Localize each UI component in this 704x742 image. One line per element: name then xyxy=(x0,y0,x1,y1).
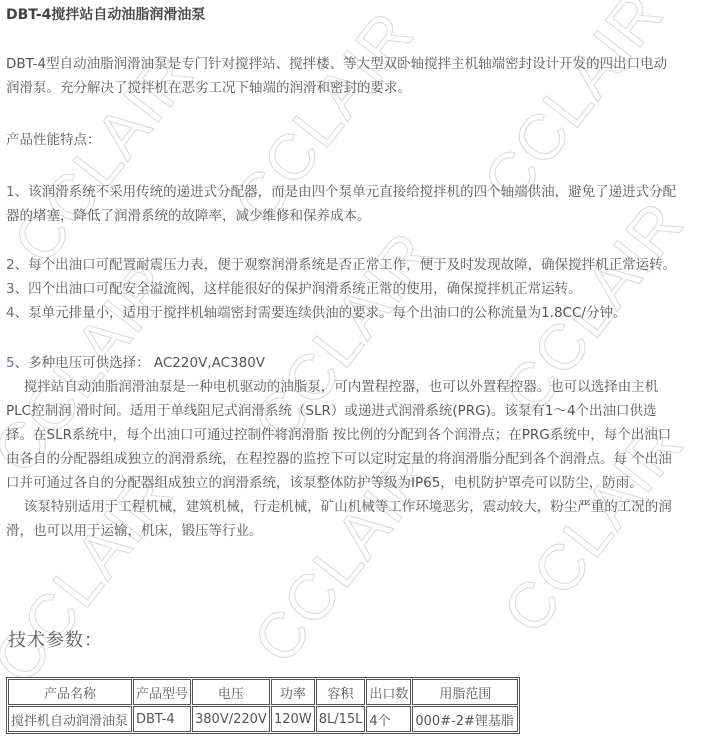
feature-number: 2 xyxy=(6,257,15,273)
feature-number: 5 xyxy=(6,355,15,371)
cell-outlets: 4个 xyxy=(366,706,411,732)
feature-text: 、该润滑系统不采用传统的递进式分配器，而是由四个泵单元直接给搅拌机的四个轴端供油… xyxy=(15,184,677,200)
feature-item: 3、四个出油口可配安全溢流阀，这样能很好的保护润滑系统正常的使用，确保搅拌机正常… xyxy=(6,277,702,301)
cell-name: 搅拌机自动润滑油泵 xyxy=(8,706,132,732)
feature-number: 3 xyxy=(6,281,15,297)
description-line: 择。在SLR系统中，每个出油口可通过控制件将润滑脂 按比例的分配到各个润滑点；在… xyxy=(6,423,702,447)
description-line: 滑，也可以用于运输，机床，锻压等行业。 xyxy=(6,519,702,543)
feature-item: 1、该润滑系统不采用传统的递进式分配器，而是由四个泵单元直接给搅拌机的四个轴端供… xyxy=(6,180,702,204)
feature-number: 4 xyxy=(6,305,15,321)
col-header-voltage: 电压 xyxy=(192,679,270,705)
spec-table: 产品名称 产品型号 电压 功率 容积 出口数 用脂范围 搅拌机自动润滑油泵 DB… xyxy=(6,677,520,734)
intro-line: DBT-4型自动油脂润滑油泵是专门针对搅拌站、搅拌楼、等大型双卧轴搅拌主机轴端密… xyxy=(6,52,702,76)
col-header-volume: 容积 xyxy=(316,679,366,705)
description-line: PLC控制润 滑时间。适用于单线阻尼式润滑系统（SLR）或递进式润滑系统(PRG… xyxy=(6,399,702,423)
feature-text: 、泵单元排量小，适用于搅拌机轴端密封需要连续供油的要求。每个出油口的公称流量为1… xyxy=(15,305,627,321)
col-header-name: 产品名称 xyxy=(8,679,132,705)
features-heading: 产品性能特点： xyxy=(6,128,702,152)
feature-text: 、多种电压可供选择： AC220V,AC380V xyxy=(15,355,265,371)
description-line: 搅拌站自动油脂润滑油泵是一种电机驱动的油脂泵，可内置程控器，也可以外置程控器。也… xyxy=(6,375,702,399)
col-header-outlets: 出口数 xyxy=(366,679,411,705)
feature-text: 、四个出油口可配安全溢流阀，这样能很好的保护润滑系统正常的使用，确保搅拌机正常运… xyxy=(15,281,582,297)
col-header-model: 产品型号 xyxy=(133,679,191,705)
intro-line: 润滑泵。充分解决了搅拌机在恶劣工况下轴端的润滑和密封的要求。 xyxy=(6,76,702,100)
spec-table-header-row: 产品名称 产品型号 电压 功率 容积 出口数 用脂范围 xyxy=(8,679,518,705)
feature-item: 4、泵单元排量小，适用于搅拌机轴端密封需要连续供油的要求。每个出油口的公称流量为… xyxy=(6,301,702,325)
col-header-power: 功率 xyxy=(271,679,315,705)
cell-volume: 8L/15L xyxy=(316,706,366,732)
feature-item-cont: 器的堵塞，降低了润滑系统的故障率，减少维修和保养成本。 xyxy=(6,204,702,228)
feature-item: 5、多种电压可供选择： AC220V,AC380V xyxy=(6,351,702,375)
cell-model: DBT-4 xyxy=(133,706,191,732)
description-line: 由各自的分配器组成独立的润滑系统，在程控器的监控下可以定时定量的将润滑脂分配到各… xyxy=(6,447,702,471)
description-line: 该泵特别适用于工程机械，建筑机械，行走机械，矿山机械等工作环境恶劣，震动较大，粉… xyxy=(6,495,702,519)
description-line: 口并可通过各自的分配器组成独立的润滑系统，该泵整体防护等级为IP65，电机防护罩… xyxy=(6,471,702,495)
cell-voltage: 380V/220V xyxy=(192,706,270,732)
table-row: 搅拌机自动润滑油泵 DBT-4 380V/220V 120W 8L/15L 4个… xyxy=(8,706,518,732)
feature-number: 1 xyxy=(6,184,15,200)
cell-grease: 000#-2#锂基脂 xyxy=(412,706,518,732)
cell-power: 120W xyxy=(271,706,315,732)
feature-item: 2、每个出油口可配置耐震压力表，便于观察润滑系统是否正常工作，便于及时发现故障，… xyxy=(6,253,702,277)
col-header-grease: 用脂范围 xyxy=(412,679,518,705)
feature-text: 、每个出油口可配置耐震压力表，便于观察润滑系统是否正常工作，便于及时发现故障，确… xyxy=(15,257,677,273)
spec-heading: 技术参数： xyxy=(8,626,103,652)
page-title: DBT-4搅拌站自动油脂润滑油泵 xyxy=(6,4,205,24)
